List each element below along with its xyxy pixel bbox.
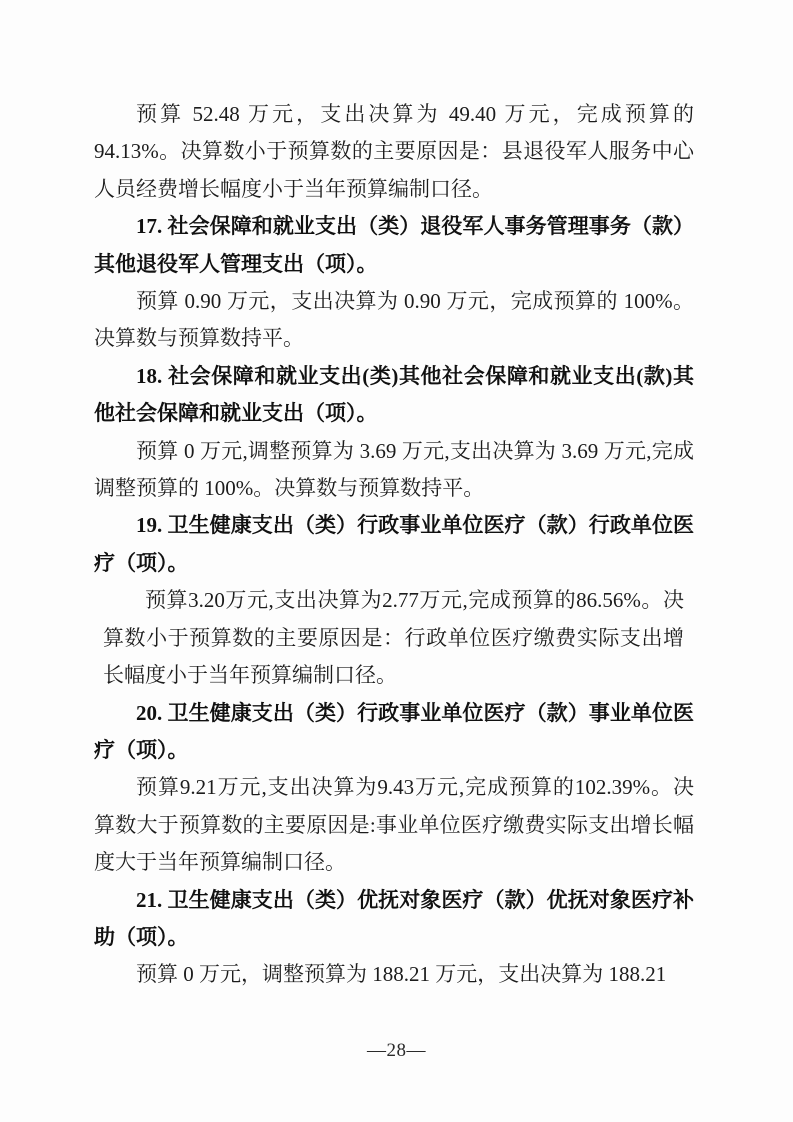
section-heading: 18. 社会保障和就业支出(类)其他社会保障和就业支出(款)其他社会保障和就业支… — [94, 358, 694, 433]
page-footer: —28— — [0, 1038, 793, 1064]
document-page: 预算 52.48 万元，支出决算为 49.40 万元，完成预算的 94.13%。… — [0, 0, 793, 1122]
body-paragraph: 预算 0 万元,调整预算为 3.69 万元,支出决算为 3.69 万元,完成调整… — [94, 433, 694, 508]
body-paragraph: 预算3.20万元,支出决算为2.77万元,完成预算的86.56%。决算数小于预算… — [94, 582, 694, 694]
section-heading: 20. 卫生健康支出（类）行政事业单位医疗（款）事业单位医疗（项）。 — [94, 695, 694, 770]
section-heading: 19. 卫生健康支出（类）行政事业单位医疗（款）行政单位医疗（项）。 — [94, 507, 694, 582]
body-paragraph: 预算 52.48 万元，支出决算为 49.40 万元，完成预算的 94.13%。… — [94, 96, 694, 208]
body-paragraph: 预算9.21万元,支出决算为9.43万元,完成预算的102.39%。决算数大于预… — [94, 769, 694, 881]
body-paragraph: 预算 0.90 万元，支出决算为 0.90 万元，完成预算的 100%。决算数与… — [94, 283, 694, 358]
document-body: 预算 52.48 万元，支出决算为 49.40 万元，完成预算的 94.13%。… — [94, 96, 694, 994]
section-heading: 21. 卫生健康支出（类）优抚对象医疗（款）优抚对象医疗补助（项）。 — [94, 882, 694, 957]
page-number: —28— — [367, 1040, 426, 1061]
section-heading: 17. 社会保障和就业支出（类）退役军人事务管理事务（款）其他退役军人管理支出（… — [94, 208, 694, 283]
body-paragraph: 预算 0 万元，调整预算为 188.21 万元，支出决算为 188.21 — [94, 956, 694, 993]
